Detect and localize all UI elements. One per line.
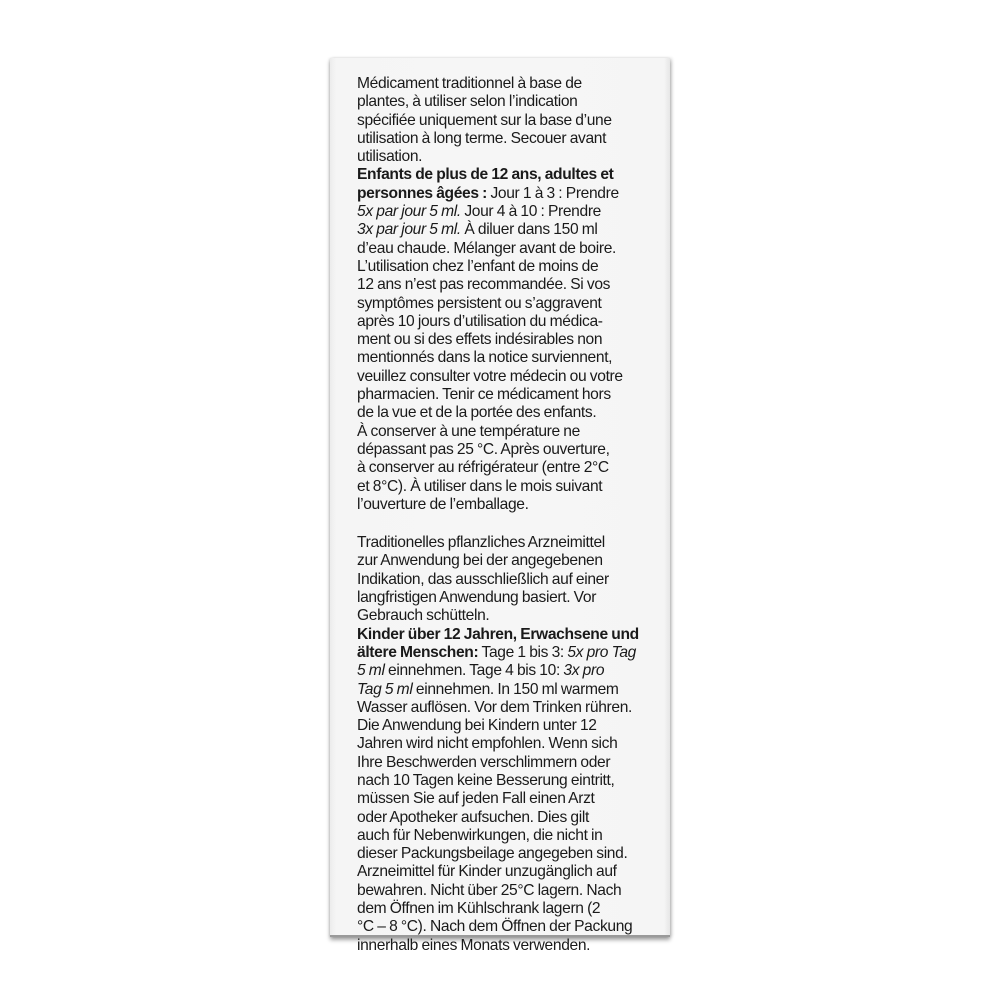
french-text-line: personnes âgées : Jour 1 à 3 : Prendre — [357, 185, 661, 203]
text-run: utilisation. — [357, 148, 422, 165]
german-text-line: Jahren wird nicht empfohlen. Wenn sich — [357, 735, 661, 753]
italic-dosage-text: 3x par jour 5 ml. — [357, 221, 461, 238]
bold-text: ältere Menschen: — [357, 644, 478, 661]
french-section: Médicament traditionnel à base deplantes… — [357, 75, 661, 514]
text-run: l’ouverture de l’emballage. — [357, 496, 529, 513]
text-run: dieser Packungsbeilage angegeben sind. — [357, 845, 627, 862]
german-text-line: innerhalb eines Monats verwenden. — [357, 937, 661, 955]
text-run: Jahren wird nicht empfohlen. Wenn sich — [357, 735, 617, 752]
german-text-line: Arzneimittel für Kinder unzugänglich auf — [357, 863, 661, 881]
french-text-line: symptômes persistent ou s’aggravent — [357, 295, 661, 313]
french-text-line: d’eau chaude. Mélanger avant de boire. — [357, 240, 661, 258]
french-text-line: veuillez consulter votre médecin ou votr… — [357, 368, 661, 386]
french-text-line: Enfants de plus de 12 ans, adultes et — [357, 166, 661, 184]
french-text-line: mentionnés dans la notice surviennent, — [357, 349, 661, 367]
section-gap — [357, 514, 661, 534]
text-run: pharmacien. Tenir ce médicament hors — [357, 386, 611, 403]
text-run: dem Öffnen im Kühlschrank lagern (2 — [357, 900, 600, 917]
german-text-line: 5 ml einnehmen. Tage 4 bis 10: 3x pro — [357, 662, 661, 680]
text-run: einnehmen. Tage 4 bis 10: — [385, 662, 564, 679]
text-run: °C – 8 °C). Nach dem Öffnen der Packung — [357, 918, 632, 935]
french-text-line: L’utilisation chez l’enfant de moins de — [357, 258, 661, 276]
german-text-line: Tag 5 ml einnehmen. In 150 ml warmem — [357, 681, 661, 699]
italic-dosage-text: 5x pro Tag — [567, 644, 636, 661]
text-run: L’utilisation chez l’enfant de moins de — [357, 258, 598, 275]
french-text-line: après 10 jours d’utilisation du médica- — [357, 313, 661, 331]
german-text-line: Traditionelles pflanzliches Arzneimittel — [357, 534, 661, 552]
text-run: Arzneimittel für Kinder unzugänglich auf — [357, 863, 617, 880]
text-run: Jour 4 à 10 : Prendre — [461, 203, 601, 220]
german-text-line: Die Anwendung bei Kindern unter 12 — [357, 717, 661, 735]
french-text-line: utilisation à long terme. Secouer avant — [357, 130, 661, 148]
german-section: Traditionelles pflanzliches Arzneimittel… — [357, 534, 661, 955]
text-run: ment ou si des effets indésirables non — [357, 331, 602, 348]
french-text-line: à conserver au réfrigérateur (entre 2°C — [357, 459, 661, 477]
insert-text: Médicament traditionnel à base deplantes… — [357, 75, 661, 955]
french-text-line: l’ouverture de l’emballage. — [357, 496, 661, 514]
text-run: langfristigen Anwendung basiert. Vor — [357, 589, 596, 606]
german-text-line: oder Apotheker aufsuchen. Dies gilt — [357, 809, 661, 827]
french-text-line: dépassant pas 25 °C. Après ouverture, — [357, 441, 661, 459]
text-run: 12 ans n’est pas recommandée. Si vos — [357, 276, 610, 293]
text-run: veuillez consulter votre médecin ou votr… — [357, 368, 623, 385]
text-run: Indikation, das ausschließlich auf einer — [357, 571, 609, 588]
text-run: Gebrauch schütteln. — [357, 607, 489, 624]
text-run: auch für Nebenwirkungen, die nicht in — [357, 827, 602, 844]
french-text-line: de la vue et de la portée des enfants. — [357, 404, 661, 422]
text-run: oder Apotheker aufsuchen. Dies gilt — [357, 809, 589, 826]
text-run: à conserver au réfrigérateur (entre 2°C — [357, 459, 609, 476]
french-text-line: et 8°C). À utiliser dans le mois suivant — [357, 478, 661, 496]
german-text-line: nach 10 Tagen keine Besserung eintritt, — [357, 772, 661, 790]
french-text-line: pharmacien. Tenir ce médicament hors — [357, 386, 661, 404]
text-run: innerhalb eines Monats verwenden. — [357, 937, 590, 954]
german-text-line: Indikation, das ausschließlich auf einer — [357, 571, 661, 589]
package-insert-panel: Médicament traditionnel à base deplantes… — [330, 58, 670, 937]
french-text-line: ment ou si des effets indésirables non — [357, 331, 661, 349]
text-run: Jour 1 à 3 : Prendre — [487, 185, 619, 202]
german-text-line: °C – 8 °C). Nach dem Öffnen der Packung — [357, 918, 661, 936]
german-text-line: müssen Sie auf jeden Fall einen Arzt — [357, 790, 661, 808]
french-text-line: spécifiée uniquement sur la base d’une — [357, 112, 661, 130]
french-text-line: plantes, à utiliser selon l’indication — [357, 93, 661, 111]
italic-dosage-text: 5 ml — [357, 662, 385, 679]
text-run: À conserver à une température ne — [357, 423, 580, 440]
german-text-line: langfristigen Anwendung basiert. Vor — [357, 589, 661, 607]
french-text-line: utilisation. — [357, 148, 661, 166]
italic-dosage-text: 5x par jour 5 ml. — [357, 203, 461, 220]
text-run: spécifiée uniquement sur la base d’une — [357, 112, 612, 129]
text-run: et 8°C). À utiliser dans le mois suivant — [357, 478, 602, 495]
text-run: nach 10 Tagen keine Besserung eintritt, — [357, 772, 615, 789]
text-run: Traditionelles pflanzliches Arzneimittel — [357, 534, 605, 551]
text-run: bewahren. Nicht über 25°C lagern. Nach — [357, 882, 621, 899]
german-text-line: auch für Nebenwirkungen, die nicht in — [357, 827, 661, 845]
text-run: mentionnés dans la notice surviennent, — [357, 349, 612, 366]
text-run: zur Anwendung bei der angegebenen — [357, 552, 603, 569]
bold-text: personnes âgées : — [357, 185, 487, 202]
french-text-line: 3x par jour 5 ml. À diluer dans 150 ml — [357, 221, 661, 239]
text-run: de la vue et de la portée des enfants. — [357, 404, 596, 421]
german-text-line: ältere Menschen: Tage 1 bis 3: 5x pro Ta… — [357, 644, 661, 662]
text-run: À diluer dans 150 ml — [461, 221, 598, 238]
german-text-line: bewahren. Nicht über 25°C lagern. Nach — [357, 882, 661, 900]
german-text-line: Ihre Beschwerden verschlimmern oder — [357, 754, 661, 772]
italic-dosage-text: 3x pro — [563, 662, 604, 679]
italic-dosage-text: Tag 5 ml — [357, 681, 412, 698]
text-run: Tage 1 bis 3: — [478, 644, 567, 661]
french-text-line: Médicament traditionnel à base de — [357, 75, 661, 93]
text-run: Wasser auflösen. Vor dem Trinken rühren. — [357, 699, 632, 716]
german-text-line: dieser Packungsbeilage angegeben sind. — [357, 845, 661, 863]
text-run: Ihre Beschwerden verschlimmern oder — [357, 754, 610, 771]
text-run: après 10 jours d’utilisation du médica- — [357, 313, 603, 330]
text-run: müssen Sie auf jeden Fall einen Arzt — [357, 790, 595, 807]
text-run: symptômes persistent ou s’aggravent — [357, 295, 602, 312]
text-run: Die Anwendung bei Kindern unter 12 — [357, 717, 597, 734]
german-text-line: Kinder über 12 Jahren, Erwachsene und — [357, 626, 661, 644]
text-run: einnehmen. In 150 ml warmem — [412, 681, 618, 698]
text-run: Médicament traditionnel à base de — [357, 75, 582, 92]
text-run: dépassant pas 25 °C. Après ouverture, — [357, 441, 610, 458]
french-text-line: À conserver à une température ne — [357, 423, 661, 441]
text-run: d’eau chaude. Mélanger avant de boire. — [357, 240, 616, 257]
text-run: utilisation à long terme. Secouer avant — [357, 130, 606, 147]
german-text-line: zur Anwendung bei der angegebenen — [357, 552, 661, 570]
german-text-line: dem Öffnen im Kühlschrank lagern (2 — [357, 900, 661, 918]
bold-text: Kinder über 12 Jahren, Erwachsene und — [357, 626, 639, 643]
german-text-line: Wasser auflösen. Vor dem Trinken rühren. — [357, 699, 661, 717]
french-text-line: 12 ans n’est pas recommandée. Si vos — [357, 276, 661, 294]
bold-text: Enfants de plus de 12 ans, adultes et — [357, 166, 614, 183]
french-text-line: 5x par jour 5 ml. Jour 4 à 10 : Prendre — [357, 203, 661, 221]
text-run: plantes, à utiliser selon l’indication — [357, 93, 577, 110]
german-text-line: Gebrauch schütteln. — [357, 607, 661, 625]
